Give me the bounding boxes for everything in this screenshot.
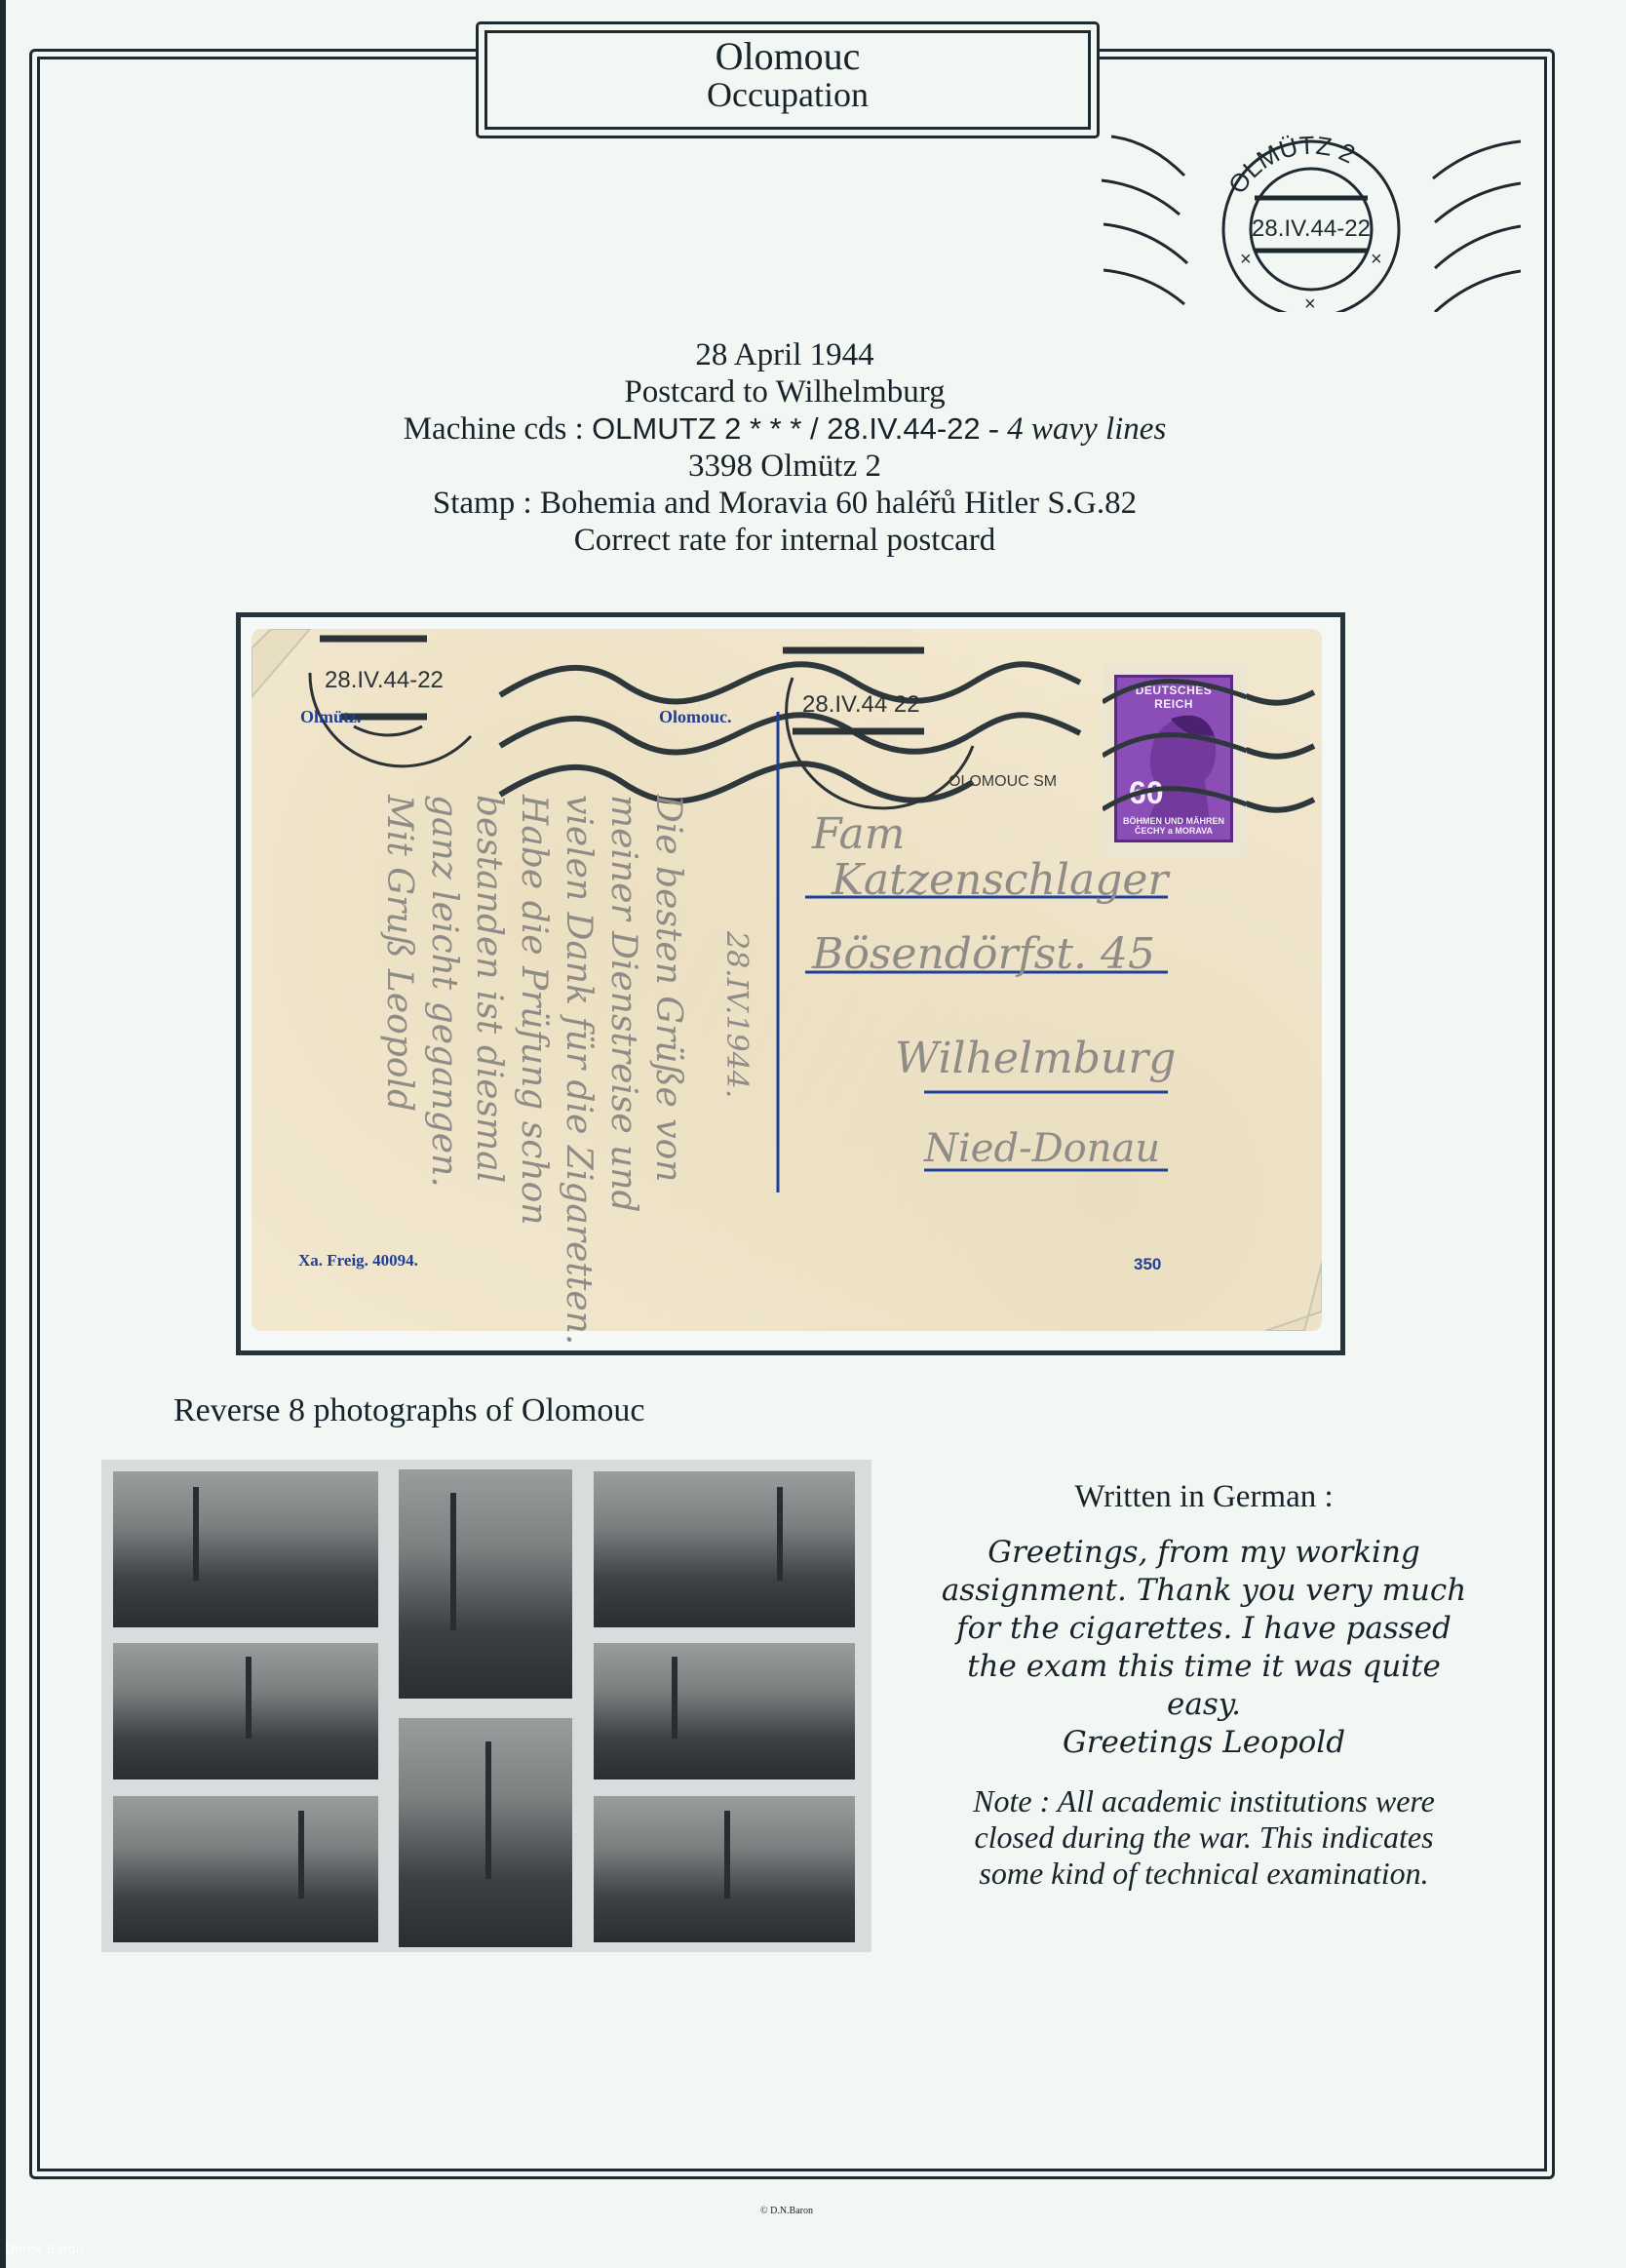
address-line-4: Wilhelmburg: [895, 1034, 1176, 1083]
address-line-5: Nied-Donau: [924, 1126, 1160, 1171]
title-line-2: Occupation: [487, 76, 1088, 113]
translation-line: the exam this time it was quite: [882, 1648, 1526, 1686]
svg-text:28.IV.44-22: 28.IV.44-22: [325, 667, 444, 693]
watermark: Derek Baron: [5, 2243, 84, 2257]
message-line: Mit Gruß Leopold: [379, 795, 419, 1112]
address-line-2: Katzenschlager: [832, 855, 1168, 905]
reverse-photo: [399, 1469, 572, 1699]
olomouc-sm-mark: OLOMOUC SM: [948, 773, 1057, 791]
address-line-3: Bösendörfst. 45: [812, 929, 1155, 979]
postage-stamp: DEUTSCHES REICH 60 BÖHMEN UND MÄHREN ČEC…: [1103, 663, 1247, 858]
cds-circle-icon: OLMÜTZ 2 28.IV.44-22 × × ×: [1222, 131, 1399, 312]
caption-cancel-prefix: Machine cds :: [404, 411, 592, 447]
postmark-illustration: OLMÜTZ 2 28.IV.44-22 × × ×: [1082, 98, 1521, 312]
postcard-image: 28.IV.44-22 28.IV.44 22 Olmütz. Olomouc.: [252, 629, 1322, 1331]
reverse-photo: [113, 1796, 378, 1942]
reverse-photo: [113, 1643, 378, 1779]
printed-place-left: Olmütz.: [300, 707, 362, 727]
translation-heading: Written in German :: [882, 1477, 1526, 1516]
message-line: Habe die Prüfung schon: [514, 795, 554, 1225]
photo-corner-icon: [1265, 1263, 1322, 1331]
svg-text:28.IV.44 22: 28.IV.44 22: [802, 691, 920, 718]
printed-place-center: Olomouc.: [659, 707, 732, 727]
message-line: ganz leicht gegangen.: [424, 795, 464, 1188]
reverse-photo: [113, 1471, 378, 1627]
reverse-photo: [594, 1643, 855, 1779]
note-line: some kind of technical examination.: [882, 1856, 1526, 1892]
svg-text:×: ×: [1240, 249, 1252, 270]
message-line: vielen Dank für die Zigaretten.: [559, 795, 599, 1345]
message-line: Die besten Grüße von: [648, 795, 688, 1183]
translation-line: Greetings Leopold: [882, 1724, 1526, 1762]
note-line: Note : All academic institutions were: [882, 1783, 1526, 1819]
reverse-photo: [594, 1796, 855, 1942]
translation-text: Greetings, from my workingassignment. Th…: [882, 1534, 1526, 1762]
wavy-lines-right-icon: [1433, 141, 1521, 312]
caption-rate: Correct rate for internal postcard: [273, 522, 1297, 559]
svg-text:×: ×: [1371, 249, 1382, 270]
page-title: Olomouc Occupation: [484, 30, 1091, 130]
handwritten-message: 28.IV.1944.Die besten Grüße vonmeiner Di…: [242, 756, 827, 1263]
translation-line: for the cigarettes. I have passed: [882, 1610, 1526, 1648]
message-date: 28.IV.1944.: [719, 931, 754, 1098]
svg-text:OLMÜTZ 2: OLMÜTZ 2: [1222, 131, 1360, 199]
reverse-photo: [594, 1471, 855, 1627]
caption-cancel: Machine cds : OLMUTZ 2 * * * / 28.IV.44-…: [273, 411, 1297, 448]
wavy-lines-left-icon: [1102, 137, 1187, 304]
copyright: © D.N.Baron: [760, 2206, 813, 2216]
caption-stamp: Stamp : Bohemia and Moravia 60 haléřů Hi…: [273, 485, 1297, 522]
caption-block: 28 April 1944 Postcard to Wilhelmburg Ma…: [273, 336, 1297, 559]
caption-item: Postcard to Wilhelmburg: [273, 373, 1297, 411]
translation-block: Written in German : Greetings, from my w…: [882, 1477, 1526, 1892]
translation-line: Greetings, from my working: [882, 1534, 1526, 1572]
svg-text:28.IV.44-22: 28.IV.44-22: [1252, 215, 1371, 242]
photo-corner-icon: [252, 629, 310, 697]
stamp-cancel-wavy-icon: [1103, 663, 1247, 858]
card-number: 350: [1134, 1255, 1161, 1274]
reverse-photo-grid: [101, 1460, 871, 1952]
reverse-label: Reverse 8 photographs of Olomouc: [174, 1392, 644, 1429]
caption-cancel-suffix: - 4 wavy lines: [981, 411, 1167, 447]
note-line: closed during the war. This indicates: [882, 1819, 1526, 1856]
translation-note: Note : All academic institutions wereclo…: [882, 1783, 1526, 1892]
message-line: bestanden ist diesmal: [469, 795, 509, 1183]
translation-line: easy.: [882, 1686, 1526, 1724]
reverse-photo: [399, 1718, 572, 1947]
title-line-1: Olomouc: [487, 37, 1088, 76]
caption-cancel-text: OLMUTZ 2 * * * / 28.IV.44-22: [592, 411, 981, 446]
message-line: meiner Dienstreise und: [603, 795, 643, 1213]
svg-text:×: ×: [1304, 293, 1316, 312]
caption-office: 3398 Olmütz 2: [273, 448, 1297, 485]
translation-line: assignment. Thank you very much: [882, 1572, 1526, 1610]
scan-edge: [0, 0, 6, 2268]
caption-date: 28 April 1944: [273, 336, 1297, 373]
